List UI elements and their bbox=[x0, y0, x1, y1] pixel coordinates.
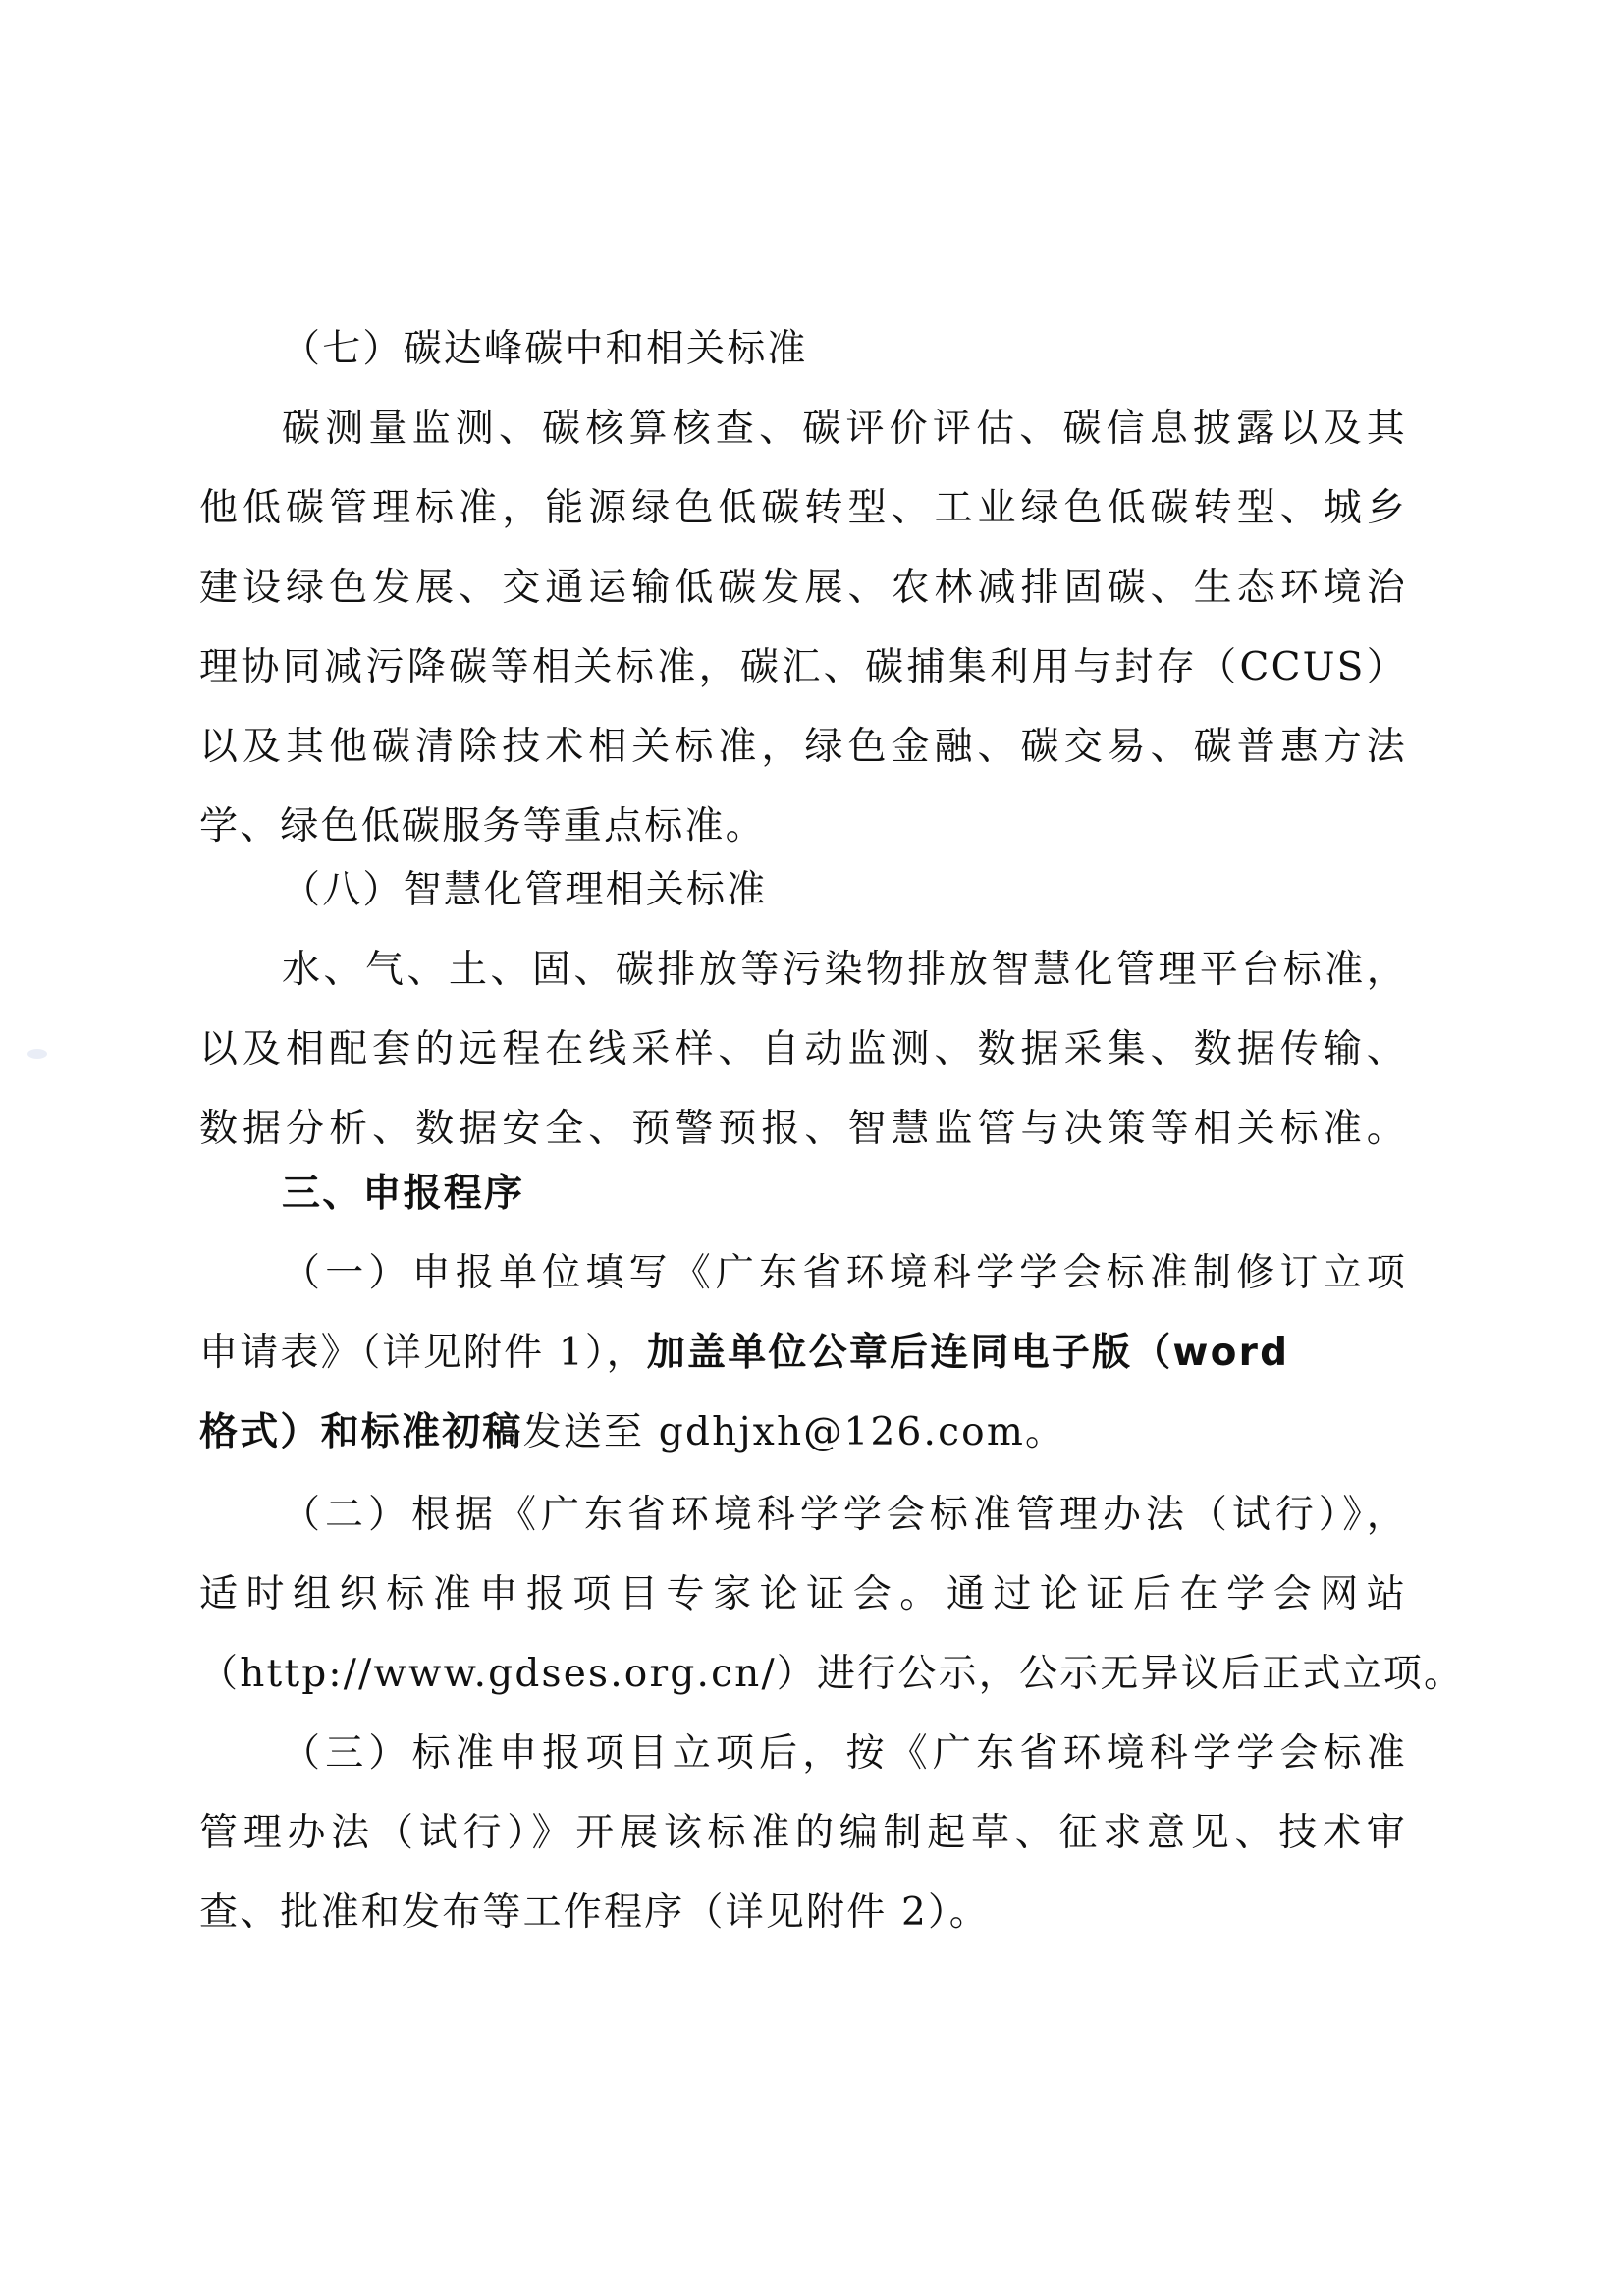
scan-smudge bbox=[27, 1049, 47, 1059]
section-7-line-5: 以及其他碳清除技术相关标准，绿色金融、碳交易、碳普惠方法 bbox=[199, 722, 1407, 773]
item-1-line-2-normal: 申请表》（详见附件 1）， bbox=[199, 1331, 647, 1375]
item-2-line-3: （http://www.gdses.org.cn/）进行公示，公示无异议后正式立… bbox=[199, 1649, 1407, 1700]
section-7-line-3: 建设绿色发展、交通运输低碳发展、农林减排固碳、生态环境治 bbox=[199, 563, 1407, 614]
item-3-line-2: 管理办法（试行）》开展该标准的编制起草、征求意见、技术审 bbox=[199, 1808, 1407, 1859]
section-7-line-2: 他低碳管理标准，能源绿色低碳转型、工业绿色低碳转型、城乡 bbox=[199, 483, 1407, 534]
item-3-line-1: （三）标准申报项目立项后，按《广东省环境科学学会标准 bbox=[282, 1728, 1407, 1779]
section-7-line-1: 碳测量监测、碳核算核查、碳评价评估、碳信息披露以及其 bbox=[282, 404, 1407, 455]
item-1-line-3: 格式）和标准初稿发送至 gdhjxh@126.com。 bbox=[199, 1407, 1407, 1458]
section-7-line-6: 学、绿色低碳服务等重点标准。 bbox=[199, 801, 1407, 852]
item-1-line-3-normal: 发送至 gdhjxh@126.com。 bbox=[523, 1410, 1066, 1454]
document-page: （七）碳达峰碳中和相关标准 碳测量监测、碳核算核查、碳评价评估、碳信息披露以及其… bbox=[0, 0, 1623, 2296]
section-8-line-3: 数据分析、数据安全、预警预报、智慧监管与决策等相关标准。 bbox=[199, 1104, 1407, 1155]
item-1-line-2-bold: 加盖单位公章后连同电子版（word bbox=[647, 1331, 1289, 1375]
part-3-heading: 三、申报程序 bbox=[282, 1169, 1489, 1220]
item-1-line-2: 申请表》（详见附件 1），加盖单位公章后连同电子版（word bbox=[199, 1328, 1407, 1379]
item-1-line-3-bold: 格式）和标准初稿 bbox=[199, 1410, 523, 1454]
item-3-line-3: 查、批准和发布等工作程序（详见附件 2）。 bbox=[199, 1887, 1407, 1939]
section-8-heading: （八）智慧化管理相关标准 bbox=[282, 865, 1489, 916]
section-7-heading: （七）碳达峰碳中和相关标准 bbox=[282, 324, 1489, 375]
section-8-line-1: 水、气、土、固、碳排放等污染物排放智慧化管理平台标准， bbox=[282, 945, 1407, 996]
section-7-line-4: 理协同减污降碳等相关标准，碳汇、碳捕集利用与封存（CCUS） bbox=[199, 642, 1407, 693]
item-2-line-2: 适时组织标准申报项目专家论证会。通过论证后在学会网站 bbox=[199, 1569, 1407, 1620]
item-1-line-1: （一）申报单位填写《广东省环境科学学会标准制修订立项 bbox=[282, 1248, 1407, 1299]
item-2-line-1: （二）根据《广东省环境科学学会标准管理办法（试行）》， bbox=[282, 1490, 1407, 1541]
section-8-line-2: 以及相配套的远程在线采样、自动监测、数据采集、数据传输、 bbox=[199, 1024, 1407, 1075]
